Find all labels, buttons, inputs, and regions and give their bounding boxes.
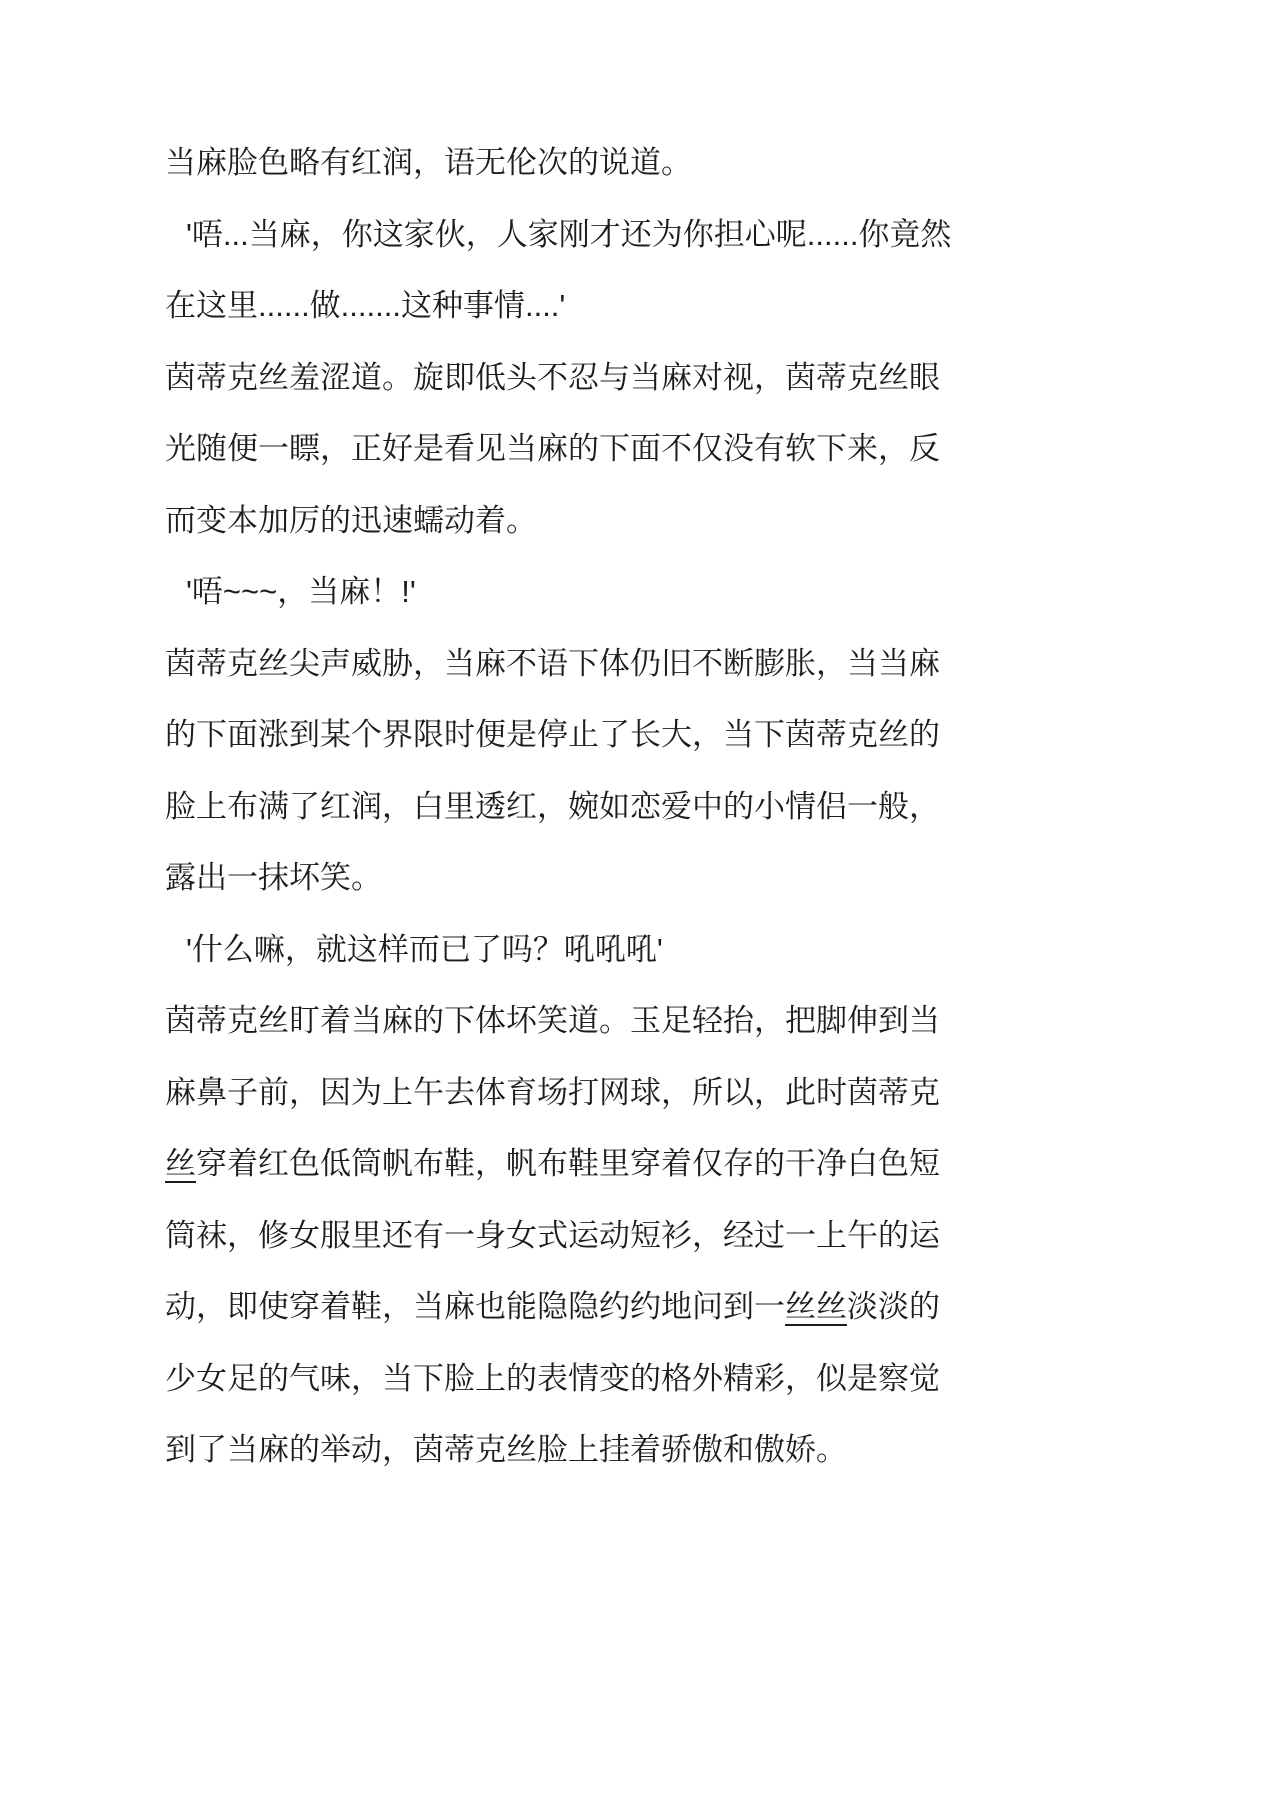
text-segment: 露出一抹坏笑。 xyxy=(165,860,382,895)
text-line: 露出一抹坏笑。 xyxy=(165,842,955,914)
text-line: 茵蒂克丝尖声威胁，当麻不语下体仍旧不断膨胀，当当麻 xyxy=(165,628,955,700)
text-segment: 到了当麻的举动，茵蒂克丝脸上挂着骄傲和傲娇。 xyxy=(165,1432,847,1467)
text-line: 筒袜，修女服里还有一身女式运动短衫，经过一上午的运 xyxy=(165,1200,955,1272)
text-block: 当麻脸色略有红润，语无伦次的说道。'唔...当麻，你这家伙，人家刚才还为你担心呢… xyxy=(165,127,955,1486)
text-line: 而变本加厉的迅速蠕动着。 xyxy=(165,485,955,557)
text-segment: 茵蒂克丝盯着当麻的下体坏笑道。玉足轻抬，把脚伸到当 xyxy=(165,1003,940,1038)
text-line: 麻鼻子前，因为上午去体育场打网球，所以，此时茵蒂克 xyxy=(165,1057,955,1129)
text-line: 茵蒂克丝盯着当麻的下体坏笑道。玉足轻抬，把脚伸到当 xyxy=(165,985,955,1057)
text-segment: 光随便一瞟，正好是看见当麻的下面不仅没有软下来，反 xyxy=(165,431,940,466)
text-line: '唔~~~，当麻！!' xyxy=(165,556,955,628)
text-line: 茵蒂克丝羞涩道。旋即低头不忍与当麻对视，茵蒂克丝眼 xyxy=(165,342,955,414)
text-line: 光随便一瞟，正好是看见当麻的下面不仅没有软下来，反 xyxy=(165,413,955,485)
text-segment: '唔~~~，当麻！!' xyxy=(186,574,416,609)
text-segment: 淡淡的 xyxy=(847,1289,940,1324)
text-line: '唔...当麻，你这家伙，人家刚才还为你担心呢......你竟然 xyxy=(165,199,955,271)
text-segment: 茵蒂克丝羞涩道。旋即低头不忍与当麻对视，茵蒂克丝眼 xyxy=(165,360,940,395)
text-segment: 当麻脸色略有红润，语无伦次的说道。 xyxy=(165,145,692,180)
text-segment: '唔...当麻，你这家伙，人家刚才还为你担心呢......你竟然 xyxy=(186,217,951,252)
text-segment: '什么嘛，就这样而已了吗？吼吼吼' xyxy=(186,932,663,967)
text-line: 少女足的气味，当下脸上的表情变的格外精彩，似是察觉 xyxy=(165,1343,955,1415)
underlined-text: 丝丝 xyxy=(785,1289,847,1324)
text-segment: 而变本加厉的迅速蠕动着。 xyxy=(165,503,537,538)
text-line: 在这里......做.......这种事情....' xyxy=(165,270,955,342)
text-line: 当麻脸色略有红润，语无伦次的说道。 xyxy=(165,127,955,199)
text-segment: 脸上布满了红润，白里透红，婉如恋爱中的小情侣一般， xyxy=(165,789,940,824)
text-line: 动，即使穿着鞋，当麻也能隐隐约约地问到一丝丝淡淡的 xyxy=(165,1271,955,1343)
text-line: 脸上布满了红润，白里透红，婉如恋爱中的小情侣一般， xyxy=(165,771,955,843)
text-segment: 茵蒂克丝尖声威胁，当麻不语下体仍旧不断膨胀，当当麻 xyxy=(165,646,940,681)
text-segment: 少女足的气味，当下脸上的表情变的格外精彩，似是察觉 xyxy=(165,1361,940,1396)
text-segment: 麻鼻子前，因为上午去体育场打网球，所以，此时茵蒂克 xyxy=(165,1075,940,1110)
text-segment: 的下面涨到某个界限时便是停止了长大，当下茵蒂克丝的 xyxy=(165,717,940,752)
text-segment: 在这里......做.......这种事情....' xyxy=(165,288,565,323)
text-line: 到了当麻的举动，茵蒂克丝脸上挂着骄傲和傲娇。 xyxy=(165,1414,955,1486)
text-segment: 筒袜，修女服里还有一身女式运动短衫，经过一上午的运 xyxy=(165,1218,940,1253)
text-line: 的下面涨到某个界限时便是停止了长大，当下茵蒂克丝的 xyxy=(165,699,955,771)
document-page: 当麻脸色略有红润，语无伦次的说道。'唔...当麻，你这家伙，人家刚才还为你担心呢… xyxy=(0,0,1280,1811)
underlined-text: 丝 xyxy=(165,1146,196,1181)
text-segment: 动，即使穿着鞋，当麻也能隐隐约约地问到一 xyxy=(165,1289,785,1324)
text-segment: 穿着红色低筒帆布鞋，帆布鞋里穿着仅存的干净白色短 xyxy=(196,1146,940,1181)
text-line: '什么嘛，就这样而已了吗？吼吼吼' xyxy=(165,914,955,986)
text-line: 丝穿着红色低筒帆布鞋，帆布鞋里穿着仅存的干净白色短 xyxy=(165,1128,955,1200)
